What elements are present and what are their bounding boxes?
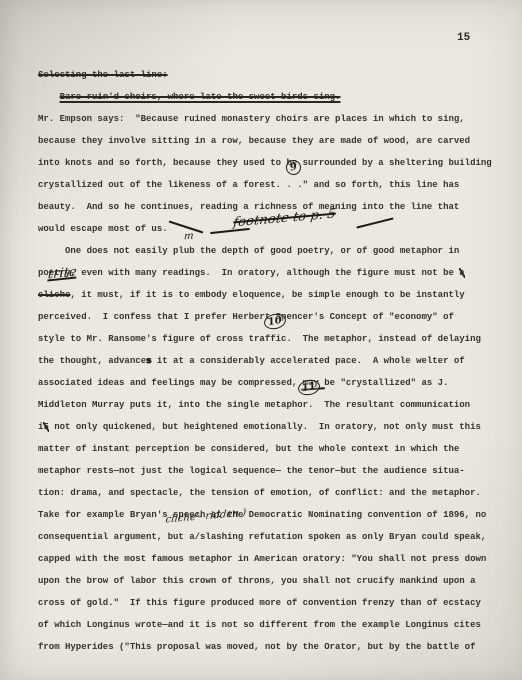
typed-text <box>38 92 60 102</box>
typescript-line: would escape most of us.footnote to p. 5 <box>38 218 492 240</box>
manuscript-page: 15 Selecting the last line: Bare ruin'd … <box>0 0 522 680</box>
typed-text: consequential argument, but a/slashing r… <box>38 532 486 542</box>
typescript-line: Middleton Murray puts it, into the singl… <box>38 394 492 416</box>
typescript-body: Selecting the last line: Bare ruin'd cho… <box>38 64 492 658</box>
typescript-line: the thought, advances it at a considerab… <box>38 350 492 372</box>
typed-text-strike: cliche <box>38 290 70 300</box>
typescript-line: crystallized out of the likeness of a fo… <box>38 174 492 196</box>
typed-text: of which Longinus wrote—and it is not so… <box>38 620 481 630</box>
handwritten-m-insertion: m <box>184 232 194 243</box>
typed-text-strike: Selecting the last line: <box>38 70 168 80</box>
typescript-line: Selecting the last line: <box>38 64 492 86</box>
typed-text: not only quickened, but heightened emoti… <box>49 422 481 432</box>
typescript-line: consequential argument, but a/slashing r… <box>38 526 492 548</box>
typed-text-slashed: a <box>459 268 464 278</box>
typed-text: crystallized out of the likeness of a fo… <box>38 180 459 190</box>
typescript-line: i5 not only quickened, but heightened em… <box>38 416 492 438</box>
typescript-line: associated ideas and feelings may be com… <box>38 372 492 394</box>
page-number: 15 <box>457 32 470 44</box>
typed-text: perceived. I confess that I prefer Herbe… <box>38 312 454 322</box>
typed-text: style to Mr. Ransome's figure of cross t… <box>38 334 481 344</box>
typescript-line: cliche, it must, if it is to embody eloq… <box>38 284 492 306</box>
typed-text: from Hyperides ("This proposal was moved… <box>38 642 475 652</box>
handwritten-dash-2 <box>356 217 393 228</box>
typed-text: Middleton Murray puts it, into the singl… <box>38 400 470 410</box>
typed-text: because they involve sitting in a row, b… <box>38 136 470 146</box>
typed-text-understrike: Bare ruin'd choirs, where late the sweet… <box>60 92 341 102</box>
typed-text: tion: drama, and spectacle, the tension … <box>38 488 481 498</box>
typescript-line: cross of gold." If this figure produced … <box>38 592 492 614</box>
typescript-line: Take for example Bryan's speech at the D… <box>38 504 492 526</box>
typescript-line: One does not easily plub the depth of go… <box>38 240 492 262</box>
typed-text: it at a considerably accelerated pace. A… <box>151 356 464 366</box>
typed-text: into knots and so forth, because they us… <box>38 158 492 168</box>
typescript-line: matter of instant perception be consider… <box>38 438 492 460</box>
typed-text: , it must, if it is to embody eloquence,… <box>70 290 464 300</box>
typed-text: poetry, even with many readings. In orat… <box>38 268 459 278</box>
typed-text: metaphor rests—not just the logical sequ… <box>38 466 465 476</box>
typescript-line: tion: drama, and spectacle, the tension … <box>38 482 492 504</box>
typed-text: cross of gold." If this figure produced … <box>38 598 481 608</box>
typescript-line: style to Mr. Ransome's figure of cross t… <box>38 328 492 350</box>
typed-text: One does not easily plub the depth of go… <box>38 246 459 256</box>
typed-text: upon the brow of labor this crown of thr… <box>38 576 475 586</box>
typescript-line: Bare ruin'd choirs, where late the sweet… <box>38 86 492 108</box>
typed-text: capped with the most famous metaphor in … <box>38 554 486 564</box>
typed-text: associated ideas and feelings may be com… <box>38 378 448 388</box>
typed-text: would escape most of us. <box>38 224 168 234</box>
typescript-line: of which Longinus wrote—and it is not so… <box>38 614 492 636</box>
typescript-line: upon the brow of labor this crown of thr… <box>38 570 492 592</box>
typed-text: the thought, advance <box>38 356 146 366</box>
typed-text: matter of instant perception be consider… <box>38 444 459 454</box>
typescript-line: capped with the most famous metaphor in … <box>38 548 492 570</box>
typescript-line: poetry, even with many readings. In orat… <box>38 262 492 284</box>
typed-text: Mr. Empson says: "Because ruined monaste… <box>38 114 465 124</box>
typescript-line: because they involve sitting in a row, b… <box>38 130 492 152</box>
handwritten-trite: trite <box>47 266 77 282</box>
typescript-line: from Hyperides ("This proposal was moved… <box>38 636 492 658</box>
typescript-line: Mr. Empson says: "Because ruined monaste… <box>38 108 492 130</box>
typed-text: beauty. And so he continues, reading a r… <box>38 202 459 212</box>
typescript-line: metaphor rests—not just the logical sequ… <box>38 460 492 482</box>
typed-text: Take for example Bryan's speech at the D… <box>38 510 486 520</box>
typescript-line: into knots and so forth, because they us… <box>38 152 492 174</box>
